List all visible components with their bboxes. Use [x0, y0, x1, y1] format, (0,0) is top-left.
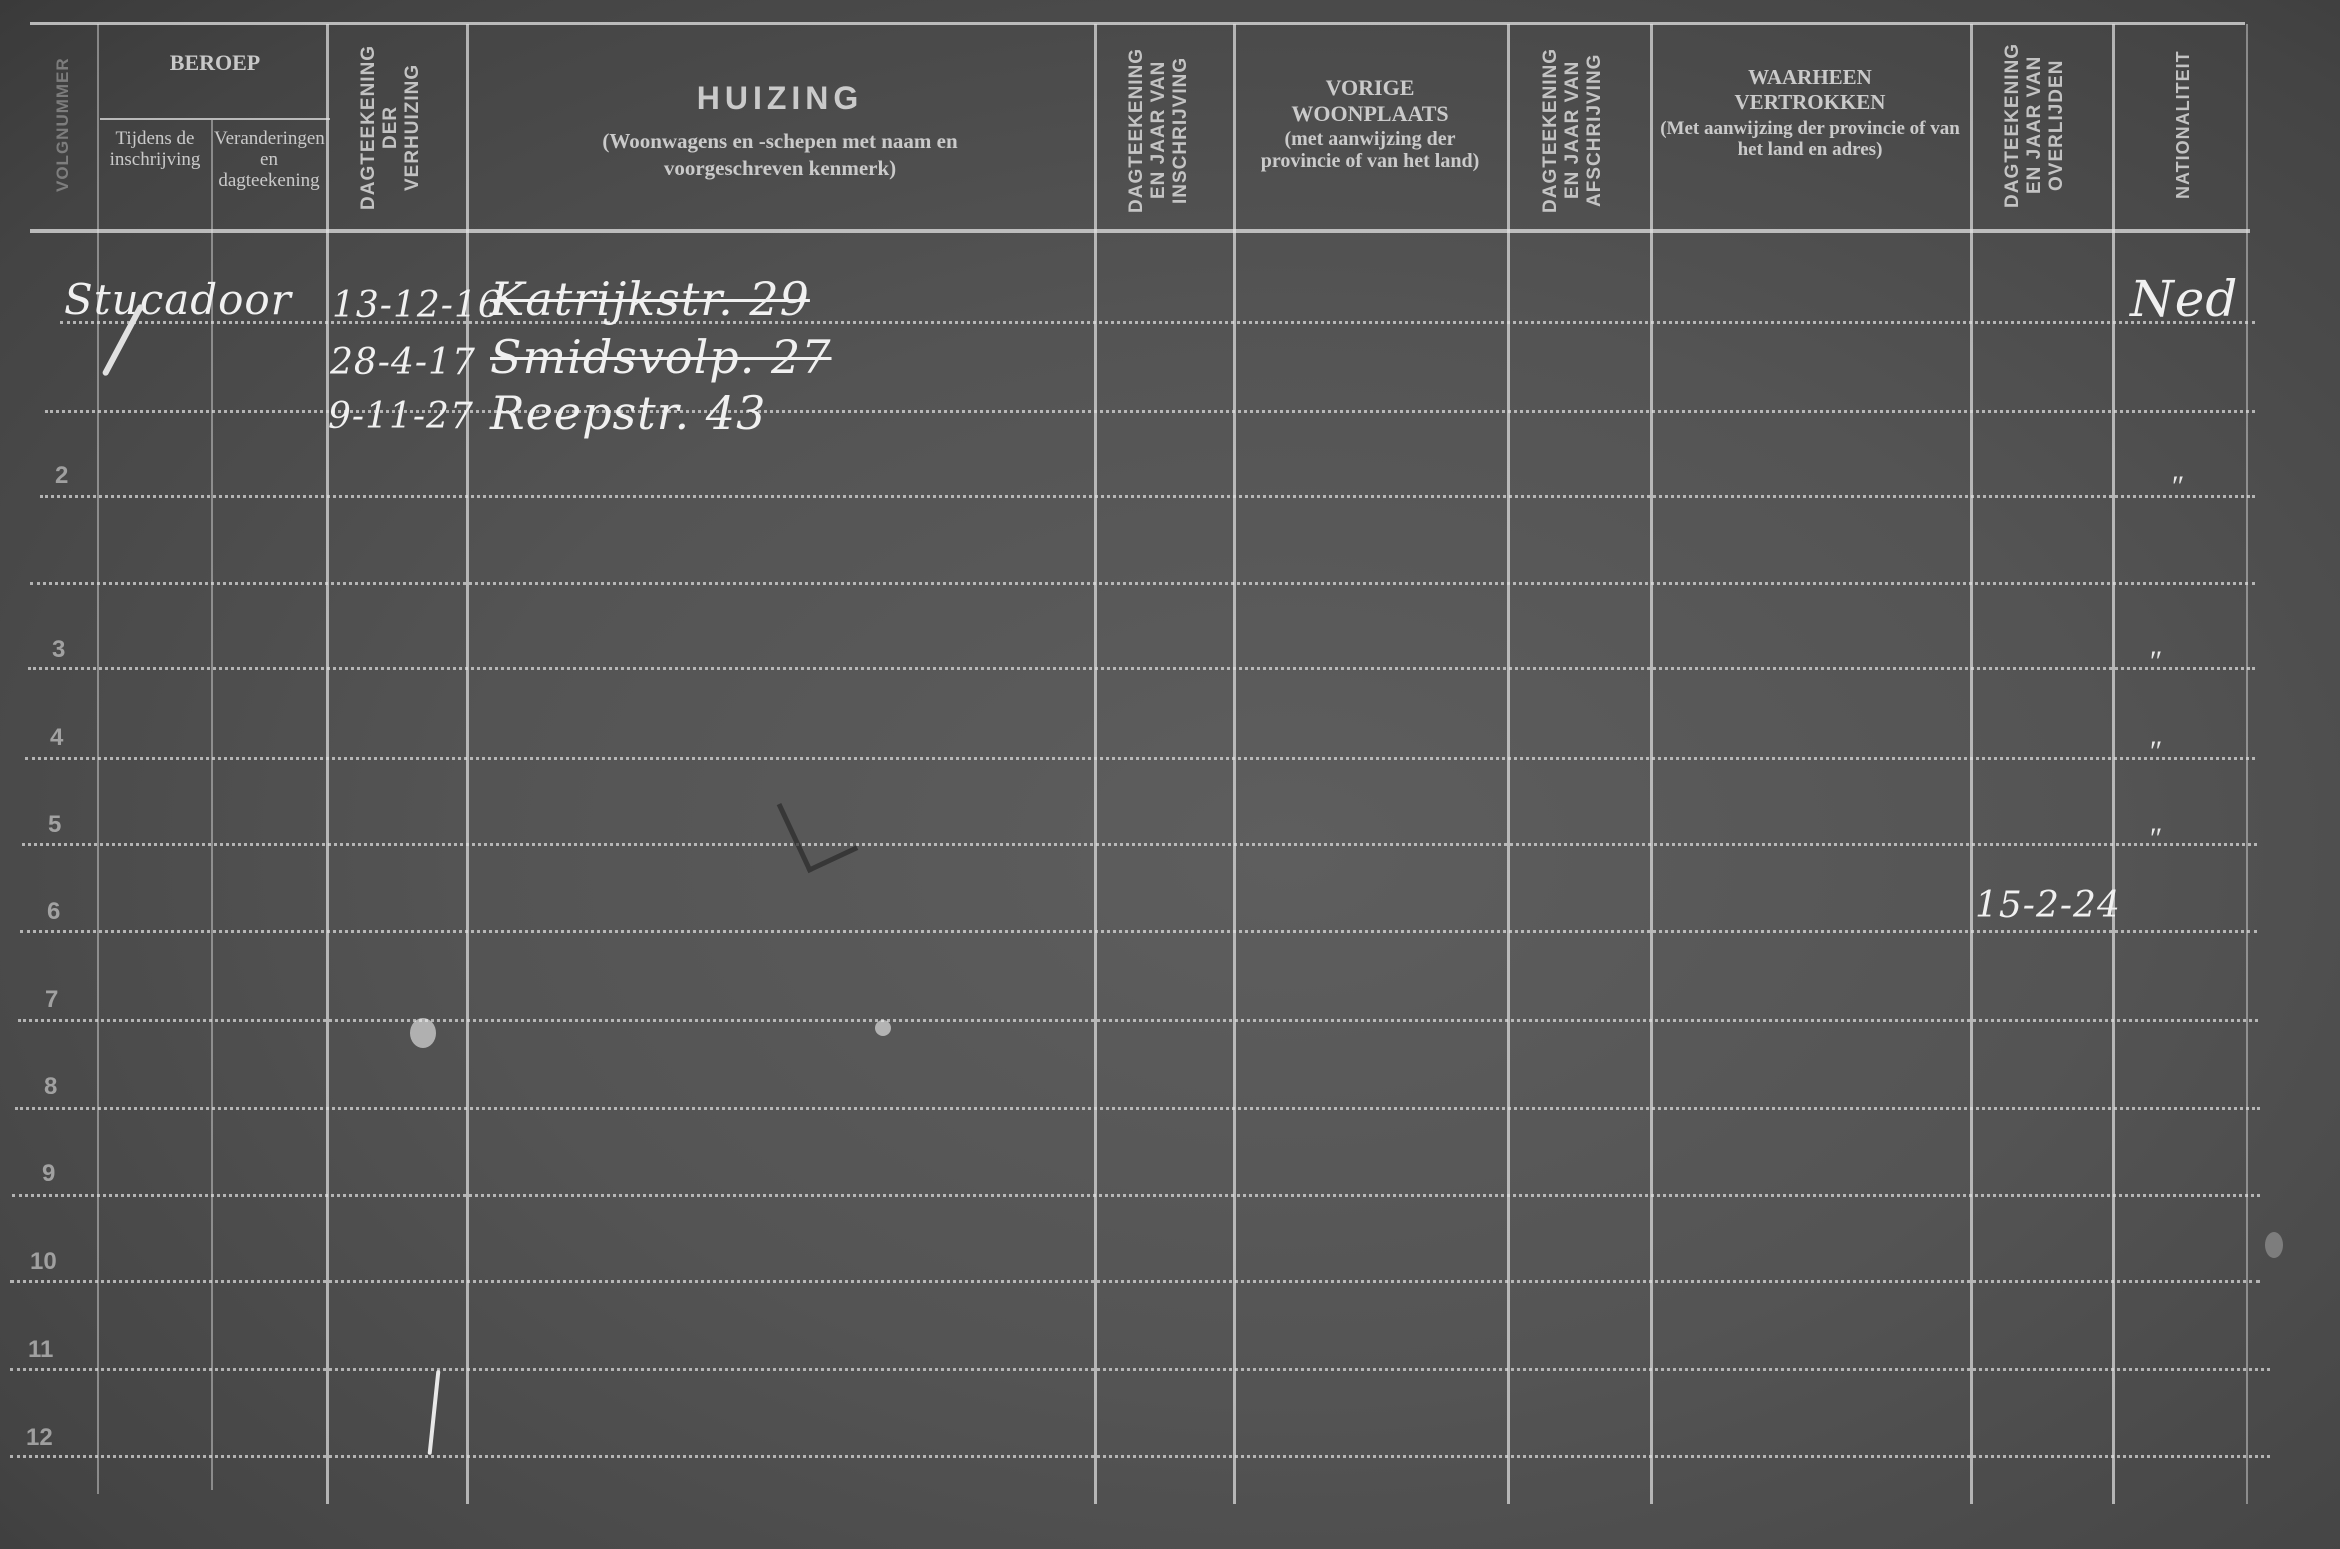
entry-move-date: 9-11-27 — [328, 396, 474, 437]
row-line — [40, 495, 2255, 498]
entry-move-date: 13-12-16 — [332, 285, 502, 326]
header-dagteekening-afschrijving: DAGTEEKENING EN JAAR VAN AFSCHRIJVING — [1540, 30, 1606, 230]
header-dagteekening-overlijden: DAGTEEKENING EN JAAR VAN OVERLIJDEN — [2002, 25, 2068, 225]
row-line — [10, 1280, 2260, 1283]
row-number: 7 — [45, 986, 58, 1014]
header-volgnummer: VOLGNUMMER — [52, 30, 74, 220]
row-line — [22, 843, 2257, 846]
header-dagteekening-inschrijving: DAGTEEKENING EN JAAR VAN INSCHRIJVING — [1126, 30, 1192, 230]
row-line — [28, 667, 2255, 670]
row-number: 11 — [28, 1336, 53, 1364]
entry-move-address: Reepstr. 43 — [490, 386, 766, 440]
row-line — [10, 1455, 2270, 1458]
ink-mark — [428, 1370, 441, 1455]
paper-stain — [875, 1020, 891, 1036]
header-beroep-veranderingen: Veranderingen en dagteekening — [214, 128, 324, 191]
row-line — [25, 757, 2255, 760]
ditto-mark: ″ — [2148, 735, 2161, 769]
top-border — [30, 22, 2245, 25]
header-huizing-sub: (Woonwagens en -schepen met naam en voor… — [550, 128, 1010, 182]
row-line — [15, 1107, 2260, 1110]
row-number: 9 — [42, 1160, 55, 1188]
entry-move-address: Smidsvolp. 27 — [490, 330, 832, 384]
row-number: 4 — [50, 724, 63, 752]
entry-move-address: Katrijkstr. 29 — [490, 272, 810, 326]
entry-move-date: 28-4-17 — [330, 342, 476, 383]
header-beroep-tijdens: Tijdens de inschrijving — [103, 128, 207, 170]
population-register-page: VOLGNUMMER BEROEP Tijdens de inschrijvin… — [0, 0, 2340, 1549]
row-line — [20, 930, 2257, 933]
header-waarheen-sub: (Met aanwijzing der provincie of van het… — [1660, 118, 1960, 160]
paper-stain — [2265, 1232, 2283, 1258]
ditto-mark: ″ — [2170, 470, 2183, 504]
row-number: 5 — [48, 811, 61, 839]
row-number: 3 — [52, 636, 65, 664]
row-line — [18, 1019, 2258, 1022]
entry-beroep: Stucadoor — [64, 275, 292, 324]
row-number: 10 — [30, 1248, 57, 1276]
row-number: 12 — [26, 1424, 53, 1452]
header-huizing: HUIZING — [470, 80, 1090, 117]
ditto-mark: ″ — [2148, 645, 2161, 679]
ditto-mark: ″ — [2148, 822, 2161, 856]
entry-overlijden: 15-2-24 — [1975, 885, 2121, 926]
row-number: 8 — [44, 1073, 57, 1101]
beroep-divider — [100, 118, 330, 120]
row-number: 6 — [47, 898, 60, 926]
header-beroep: BEROEP — [100, 50, 330, 76]
col-line — [211, 120, 213, 1490]
row-number: 2 — [55, 462, 68, 490]
header-vorige-woonplaats-sub: (met aanwijzing der provincie of van het… — [1250, 128, 1490, 172]
header-dagteekening-verhuizing: DAGTEEKENING DER VERHUIZING — [358, 30, 424, 225]
entry-nationaliteit: Ned — [2130, 270, 2238, 328]
paper-stain — [410, 1018, 436, 1048]
row-line — [30, 582, 2255, 585]
header-waarheen-vertrokken: WAARHEEN VERTROKKEN — [1700, 65, 1920, 115]
header-nationaliteit: NATIONALITEIT — [2172, 25, 2194, 225]
row-line — [10, 1368, 2270, 1371]
header-vorige-woonplaats: VORIGE WOONPLAATS — [1270, 75, 1470, 127]
row-line — [12, 1194, 2260, 1197]
ink-blot — [777, 782, 859, 873]
